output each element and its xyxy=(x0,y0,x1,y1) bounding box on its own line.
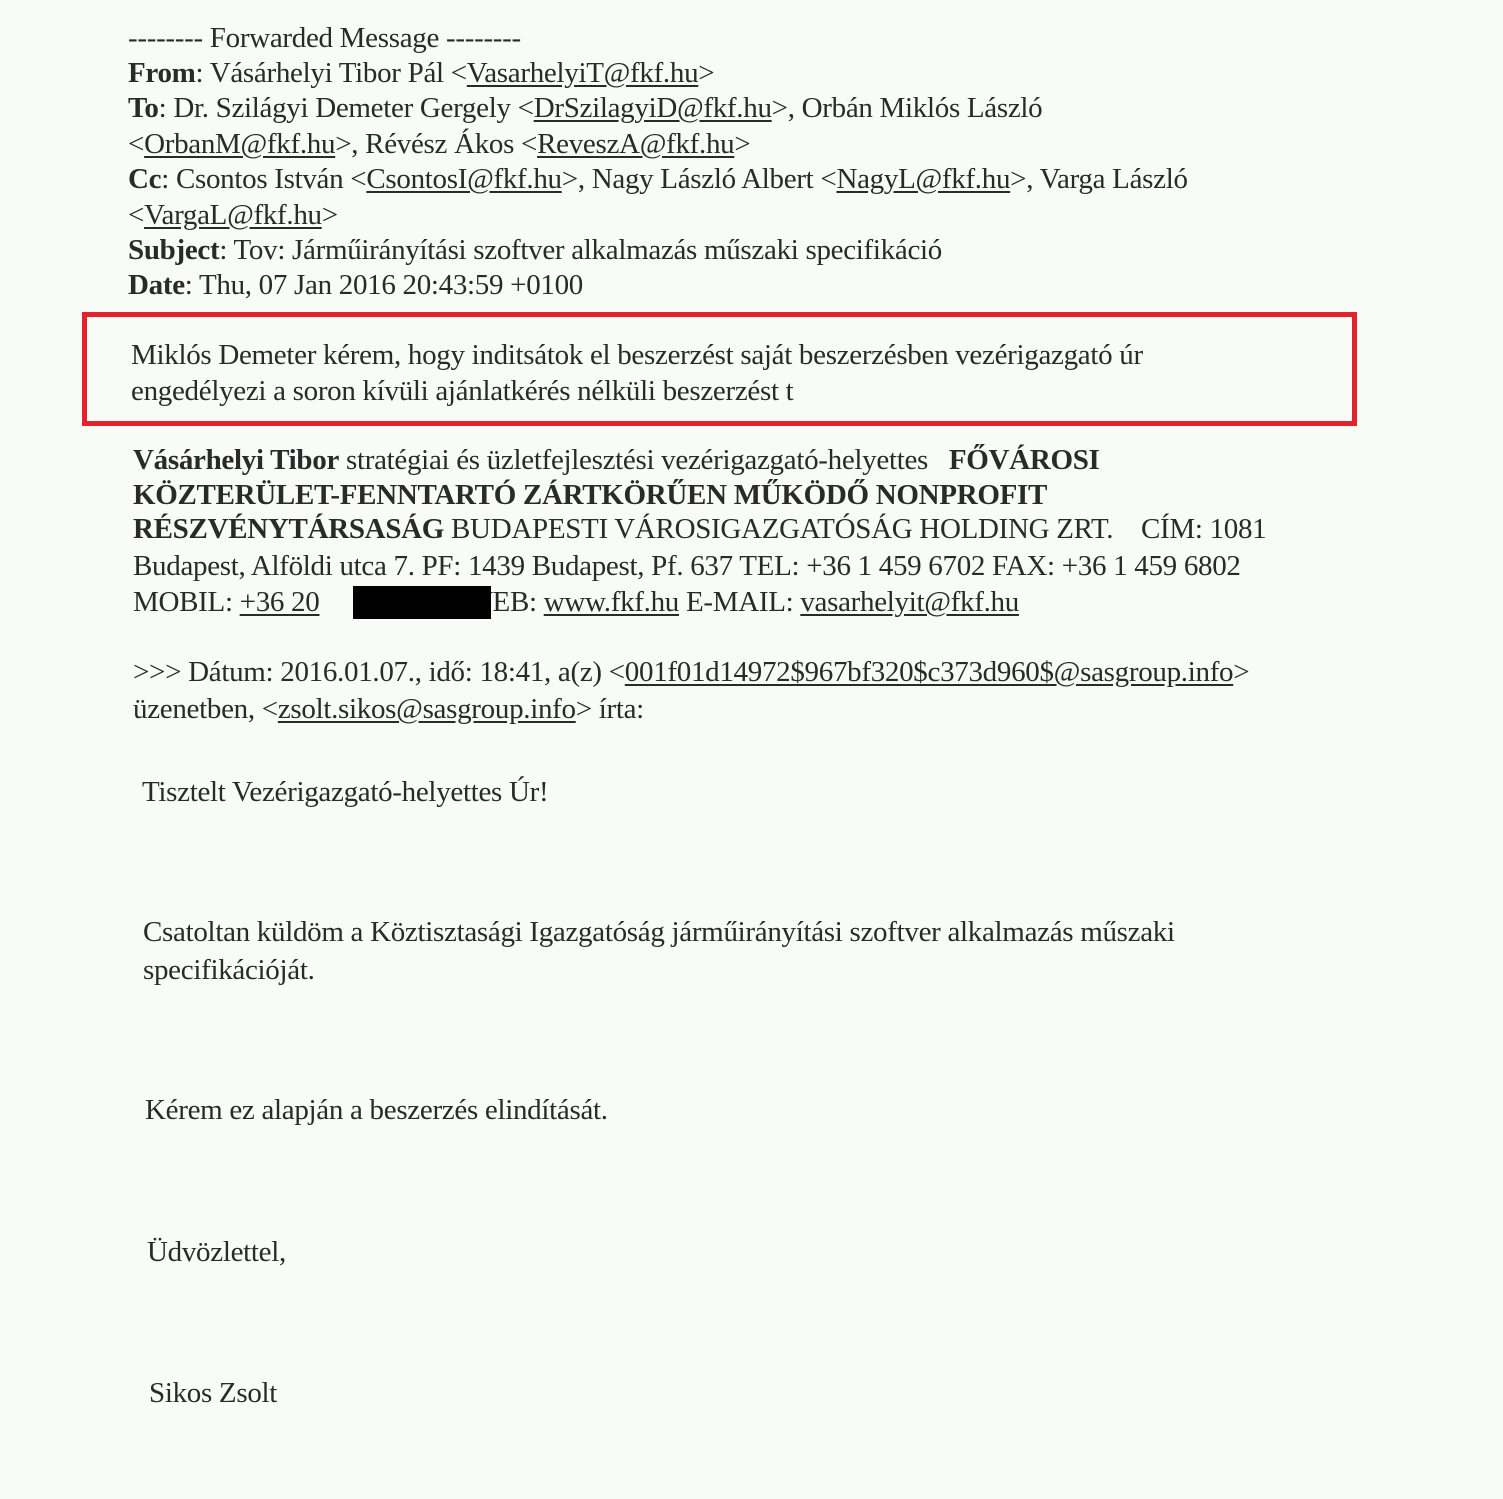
from-line: From: Vásárhelyi Tibor Pál <VasarhelyiT@… xyxy=(128,55,714,91)
signature-title: stratégiai és üzletfejlesztési vezérigaz… xyxy=(346,444,928,476)
mobile-link[interactable]: +36 20 xyxy=(240,586,320,618)
signature-contact-line: MOBIL: +36 20WEB: www.fkf.hu E-MAIL: vas… xyxy=(133,584,1019,620)
cc-recipient-name: Nagy László Albert xyxy=(592,163,814,195)
signature-org-line2: KÖZTERÜLET-FENNTARTÓ ZÁRTKÖRŰEN MŰKÖDŐ N… xyxy=(133,477,1047,513)
quote-header-line1: >>> Dátum: 2016.01.07., idő: 18:41, a(z)… xyxy=(133,654,1249,690)
web-link[interactable]: www.fkf.hu xyxy=(544,586,679,618)
forwarded-label: -------- Forwarded Message -------- xyxy=(128,20,521,56)
to-line-cont: <OrbanM@fkf.hu>, Révész Ákos <ReveszA@fk… xyxy=(128,126,750,162)
signature-org-rest: BUDAPESTI VÁROSIGAZGATÓSÁG HOLDING ZRT. xyxy=(451,513,1113,545)
cc-line: Cc: Csontos István <CsontosI@fkf.hu>, Na… xyxy=(128,161,1188,197)
quote-line2-prefix: üzenetben, < xyxy=(133,693,278,725)
signature-org-bold: RÉSZVÉNYTÁRSASÁG xyxy=(133,513,444,545)
cc-line-cont: <VargaL@fkf.hu> xyxy=(128,197,338,233)
message-id-link[interactable]: 001f01d14972$967bf320$c373d960$@sasgroup… xyxy=(625,656,1233,688)
highlighted-message-line2: engedélyezi a soron kívüli ajánlatkérés … xyxy=(131,373,793,409)
to-email-link[interactable]: OrbanM@fkf.hu xyxy=(144,128,335,160)
signature-name: Vásárhelyi Tibor xyxy=(133,444,339,476)
quote-prefix: >>> Dátum: 2016.01.07., idő: 18:41, a(z)… xyxy=(133,656,625,688)
greeting: Tisztelt Vezérigazgató-helyettes Úr! xyxy=(142,774,548,810)
date-line: Date: Thu, 07 Jan 2016 20:43:59 +0100 xyxy=(128,267,583,303)
cc-email-link[interactable]: NagyL@fkf.hu xyxy=(836,163,1010,195)
to-email-link[interactable]: DrSzilagyiD@fkf.hu xyxy=(534,92,772,124)
to-label: To xyxy=(128,92,159,124)
signature-line3: RÉSZVÉNYTÁRSASÁG BUDAPESTI VÁROSIGAZGATÓ… xyxy=(133,511,1266,547)
mobile-label: MOBIL: xyxy=(133,586,233,618)
to-recipient-name: Orbán Miklós László xyxy=(802,92,1043,124)
signature-org: FŐVÁROSI xyxy=(949,444,1100,476)
highlighted-message-line1: Miklós Demeter kérem, hogy inditsátok el… xyxy=(131,337,1143,373)
date-label: Date xyxy=(128,269,185,301)
to-recipient-name: Révész Ákos xyxy=(365,128,514,160)
to-line: To: Dr. Szilágyi Demeter Gergely <DrSzil… xyxy=(128,90,1042,126)
date-value: Thu, 07 Jan 2016 20:43:59 +0100 xyxy=(199,269,583,301)
cc-email-link[interactable]: CsontosI@fkf.hu xyxy=(366,163,561,195)
sender-name: Sikos Zsolt xyxy=(149,1375,277,1411)
subject-value: Tov: Járműirányítási szoftver alkalmazás… xyxy=(234,234,942,266)
request-line: Kérem ez alapján a beszerzés elindítását… xyxy=(145,1092,608,1128)
cc-recipient-name: Varga László xyxy=(1040,163,1188,195)
body-line1: Csatoltan küldöm a Köztisztasági Igazgat… xyxy=(143,914,1175,950)
quote-header-line2: üzenetben, <zsolt.sikos@sasgroup.info> í… xyxy=(133,691,644,727)
closing: Üdvözlettel, xyxy=(147,1234,286,1270)
signature-address-label: CÍM: 1081 xyxy=(1141,513,1266,545)
cc-email-link[interactable]: VargaL@fkf.hu xyxy=(144,199,322,231)
to-email-link[interactable]: ReveszA@fkf.hu xyxy=(537,128,734,160)
from-label: From xyxy=(128,57,196,89)
subject-label: Subject xyxy=(128,234,219,266)
cc-recipient-name: Csontos István xyxy=(176,163,343,195)
body-line2: specifikációját. xyxy=(143,952,315,988)
from-email-link[interactable]: VasarhelyiT@fkf.hu xyxy=(467,57,699,89)
cc-label: Cc xyxy=(128,163,161,195)
signature-address: Budapest, Alföldi utca 7. PF: 1439 Budap… xyxy=(133,548,1241,584)
signature-email-link[interactable]: vasarhelyit@fkf.hu xyxy=(800,586,1019,618)
to-recipient-name: Dr. Szilágyi Demeter Gergely xyxy=(173,92,510,124)
email-label: E-MAIL: xyxy=(686,586,793,618)
subject-line: Subject: Tov: Járműirányítási szoftver a… xyxy=(128,232,942,268)
quote-suffix: > xyxy=(1233,656,1249,688)
from-name: Vásárhelyi Tibor Pál xyxy=(210,57,444,89)
signature-line1: Vásárhelyi Tibor stratégiai és üzletfejl… xyxy=(133,442,1100,478)
redaction-block xyxy=(353,586,491,619)
author-email-link[interactable]: zsolt.sikos@sasgroup.info xyxy=(278,693,576,725)
quote-line2-suffix: > írta: xyxy=(576,693,644,725)
